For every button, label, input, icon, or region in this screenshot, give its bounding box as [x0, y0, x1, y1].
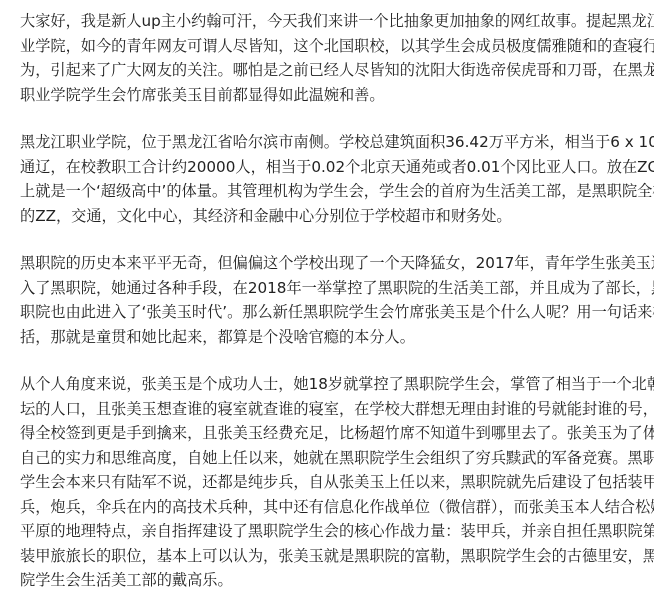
text-line: 通辽，在校教职工合计约20000人，相当于0.02个北京天通苑或者0.01个冈比…: [20, 155, 634, 180]
paragraph-history: 黑职院的历史本来平平无奇，但偏偏这个学校出现了一个天降猛女，2017年，青年学生…: [20, 251, 634, 349]
text-line: 黑职院的历史本来平平无奇，但偏偏这个学校出现了一个天降猛女，2017年，青年学生…: [20, 251, 634, 276]
text-line: 入了黑职院，她通过各种手段，在2018年一举掌控了黑职院的生活美工部，并且成为了…: [20, 276, 634, 301]
text-line: 的ZZ，交通，文化中心，其经济和金融中心分别位于学校超市和财务处。: [20, 204, 634, 229]
text-line: 上就是一个‘超级高中’的体量。其管理机构为学生会，学生会的首府为生活美工部，是黑…: [20, 179, 634, 204]
article-body: 大家好，我是新人up主小约翰可汗，今天我们来讲一个比抽象更加抽象的网红故事。提起…: [0, 0, 634, 593]
text-line: 黑龙江职业学院，位于黑龙江省哈尔滨市南侧。学校总建筑面积36.42万平方米，相当…: [20, 130, 634, 155]
text-line: 业学院，如今的青年网友可谓人尽皆知，这个北国职校，以其学生会成员极度儒雅随和的查…: [20, 34, 634, 59]
text-line: 职院也由此进入了‘张美玉时代’。那么新任黑职院学生会竹席张美玉是个什么人呢？用一…: [20, 300, 634, 325]
text-line: 职业学院学生会竹席张美玉目前都显得如此温婉和善。: [20, 83, 634, 108]
text-line: 学生会本来只有陆军不说，还都是纯步兵，自从张美玉上任以来，黑职院就先后建设了包括…: [20, 470, 634, 495]
text-line: 括，那就是童贯和她比起来，都算是个没啥官瘾的本分人。: [20, 325, 634, 350]
text-line: 坛的人口，且张美玉想查谁的寝室就查谁的寝室，在学校大群想无理由封谁的号就能封谁的…: [20, 397, 634, 422]
text-line: 兵，炮兵，伞兵在内的高技术兵种，其中还有信息化作战单位（微信群），而张美玉本人结…: [20, 495, 634, 520]
text-line: 装甲旅旅长的职位，基本上可以认为，张美玉就是黑职院的富勒，黑职院学生会的古德里安…: [20, 544, 634, 569]
paragraph-personal: 从个人角度来说，张美玉是个成功人士，她18岁就掌控了黑职院学生会，掌管了相当于一…: [20, 372, 634, 593]
text-line: 自己的实力和思维高度，自她上任以来，她就在黑职院学生会组织了穷兵黩武的军备竞赛。…: [20, 446, 634, 471]
text-line: 大家好，我是新人up主小约翰可汗，今天我们来讲一个比抽象更加抽象的网红故事。提起…: [20, 9, 634, 34]
paragraph-school-overview: 黑龙江职业学院，位于黑龙江省哈尔滨市南侧。学校总建筑面积36.42万平方米，相当…: [20, 130, 634, 228]
paragraph-intro: 大家好，我是新人up主小约翰可汗，今天我们来讲一个比抽象更加抽象的网红故事。提起…: [20, 9, 634, 107]
text-line: 院学生会生活美工部的戴高乐。: [20, 568, 634, 593]
text-line: 从个人角度来说，张美玉是个成功人士，她18岁就掌控了黑职院学生会，掌管了相当于一…: [20, 372, 634, 397]
text-line: 得全校签到更是手到擒来，且张美玉经费充足，比杨超竹席不知道牛到哪里去了。张美玉为…: [20, 421, 634, 446]
text-line: 平原的地理特点，亲自指挥建设了黑职院学生会的核心作战力量：装甲兵，并亲自担任黑职…: [20, 519, 634, 544]
text-line: 为，引起来了广大网友的关注。哪怕是之前已经人尽皆知的沈阳大街选帝侯虎哥和刀哥，在…: [20, 58, 634, 83]
